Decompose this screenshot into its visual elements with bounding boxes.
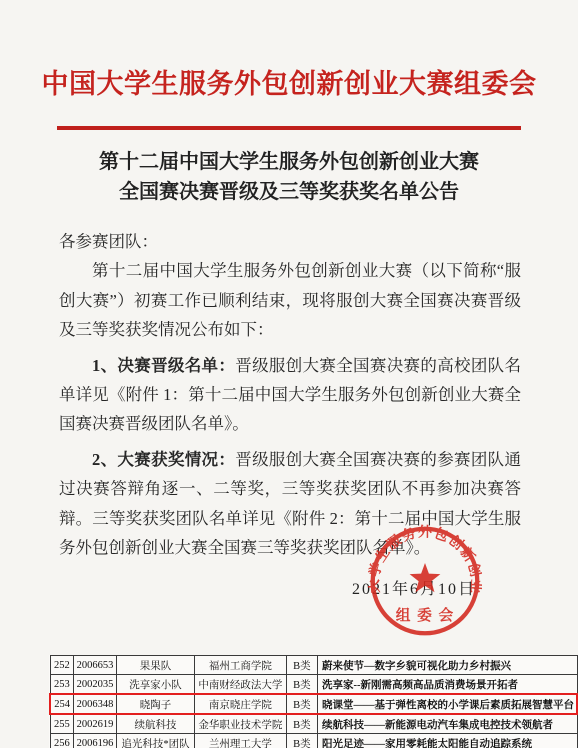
table-row: 2522006653果果队福州工商学院B类蔚来使节—数字乡貌可视化助力乡村振兴 [50,656,577,675]
cell-team-name: 晓陶子 [116,694,194,714]
cell-team-id: 2002035 [74,675,117,695]
header-divider-line [57,126,521,130]
cell-project-name: 晓课堂——基于弹性离校的小学课后素质拓展智慧平台 [317,694,577,714]
table-row: 2532002035洗享家小队中南财经政法大学B类洗享家--新刚需高频高品质消费… [50,675,577,695]
cell-project-name: 阳光足迹——家用零耗能太阳能自动追踪系统 [317,734,577,748]
item2-label: 2、大赛获奖情况： [92,450,235,469]
star-icon [410,563,441,592]
cell-rank: 252 [50,656,74,675]
cell-rank: 255 [50,714,74,734]
item1-label: 1、决赛晋级名单： [92,356,235,375]
cell-team-name: 续航科技 [116,714,194,734]
cell-school: 南京晓庄学院 [195,694,287,714]
cell-category: B类 [286,714,317,734]
cell-category: B类 [286,694,317,714]
cell-team-id: 2002619 [74,714,117,734]
results-table-body: 2522006653果果队福州工商学院B类蔚来使节—数字乡貌可视化助力乡村振兴2… [50,656,577,748]
cell-project-name: 洗享家--新刚需高频高品质消费场景开拓者 [317,675,577,695]
scanned-announcement-page: 中国大学生服务外包创新创业大赛组委会 第十二届中国大学生服务外包创新创业大赛 全… [0,0,578,748]
cell-category: B类 [286,656,317,675]
table-row: 2542006348晓陶子南京晓庄学院B类晓课堂——基于弹性离校的小学课后素质拓… [50,694,577,714]
cell-school: 中南财经政法大学 [195,675,287,695]
salutation: 各参赛团队： [59,227,521,256]
cell-team-id: 2006653 [74,656,117,675]
table-row: 2562006196追光科技*团队兰州理工大学B类阳光足迹——家用零耗能太阳能自… [50,734,577,748]
cell-school: 福州工商学院 [195,656,287,675]
cell-team-id: 2006348 [74,694,117,714]
document-title-line2: 全国赛决赛晋级及三等奖获奖名单公告 [0,177,578,207]
cell-rank: 256 [50,734,74,748]
cell-project-name: 续航科技——新能源电动汽车集成电控技术领航者 [317,714,577,734]
cell-rank: 254 [50,694,74,714]
document-title: 第十二届中国大学生服务外包创新创业大赛 全国赛决赛晋级及三等奖获奖名单公告 [0,147,578,207]
cell-team-name: 洗享家小队 [116,675,194,695]
document-body: 各参赛团队： 第十二届中国大学生服务外包创新创业大赛（以下简称“服创大赛”）初赛… [59,227,521,562]
cell-team-id: 2006196 [74,734,117,748]
table-row: 2552002619续航科技金华职业技术学院B类续航科技——新能源电动汽车集成电… [50,714,577,734]
seal-bottom-text: 组委会 [396,606,460,624]
organization-header: 中国大学生服务外包创新创业大赛组委会 [0,62,578,101]
cell-team-name: 追光科技*团队 [116,734,194,748]
cell-school: 金华职业技术学院 [195,714,287,734]
paragraph-intro: 第十二届中国大学生服务外包创新创业大赛（以下简称“服创大赛”）初赛工作已顺利结束… [59,256,521,344]
cell-project-name: 蔚来使节—数字乡貌可视化助力乡村振兴 [317,656,577,675]
cell-category: B类 [286,675,317,695]
cell-rank: 253 [50,675,74,695]
document-title-line1: 第十二届中国大学生服务外包创新创业大赛 [0,147,578,177]
official-seal: 中国大学生服务外包创新创业大赛 组委会 [368,524,482,638]
cell-category: B类 [286,734,317,748]
cell-school: 兰州理工大学 [195,734,287,748]
results-table: 2522006653果果队福州工商学院B类蔚来使节—数字乡貌可视化助力乡村振兴2… [49,655,578,748]
cell-team-name: 果果队 [116,656,194,675]
paragraph-item1: 1、决赛晋级名单：晋级服创大赛全国赛决赛的高校团队名单详见《附件 1：第十二届中… [59,351,521,439]
